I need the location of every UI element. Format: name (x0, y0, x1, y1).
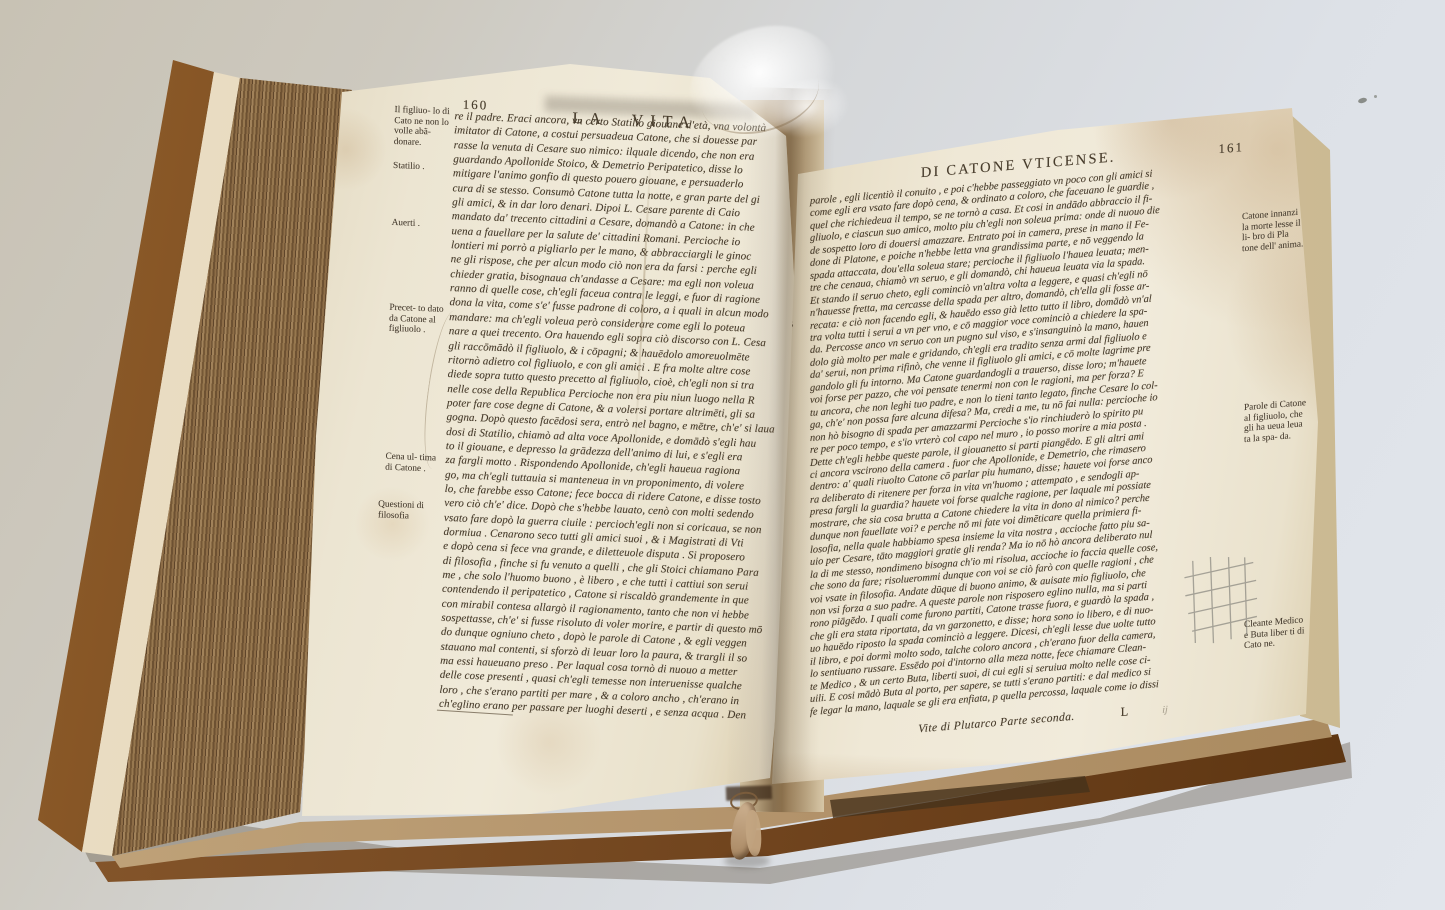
right-page-number: 161 (1219, 139, 1245, 157)
footer-volume-line: Vite di Plutarco Parte seconda. (918, 711, 1074, 736)
signature-mark-faint: ij (1162, 704, 1168, 715)
margin-note: Il figliuo- lo di Cato ne non lo volle a… (394, 105, 453, 150)
tie-shadow (724, 854, 770, 868)
binding-tie (716, 790, 786, 885)
margin-note: Questioni di filosofia (378, 499, 437, 522)
gutter-shadow (726, 87, 837, 813)
right-page: DI CATONE VTICENSE. 161 A B Catone innan… (758, 92, 1348, 802)
signature-mark: L (1121, 704, 1129, 720)
pencil-crosshatch-mark (1179, 552, 1266, 648)
margin-note: Precet- to dato da Catone al figliuolo . (389, 303, 448, 337)
margin-note: Statilio . (393, 161, 451, 174)
photo-of-antique-book: 160 LA VITA Il figliuo- lo di Cato ne no… (0, 0, 1445, 910)
margin-note: Auerti . (391, 218, 449, 231)
right-page-content: DI CATONE VTICENSE. 161 A B Catone innan… (798, 136, 1278, 795)
surface-speck (1358, 97, 1368, 104)
surface-speck (1374, 95, 1377, 98)
